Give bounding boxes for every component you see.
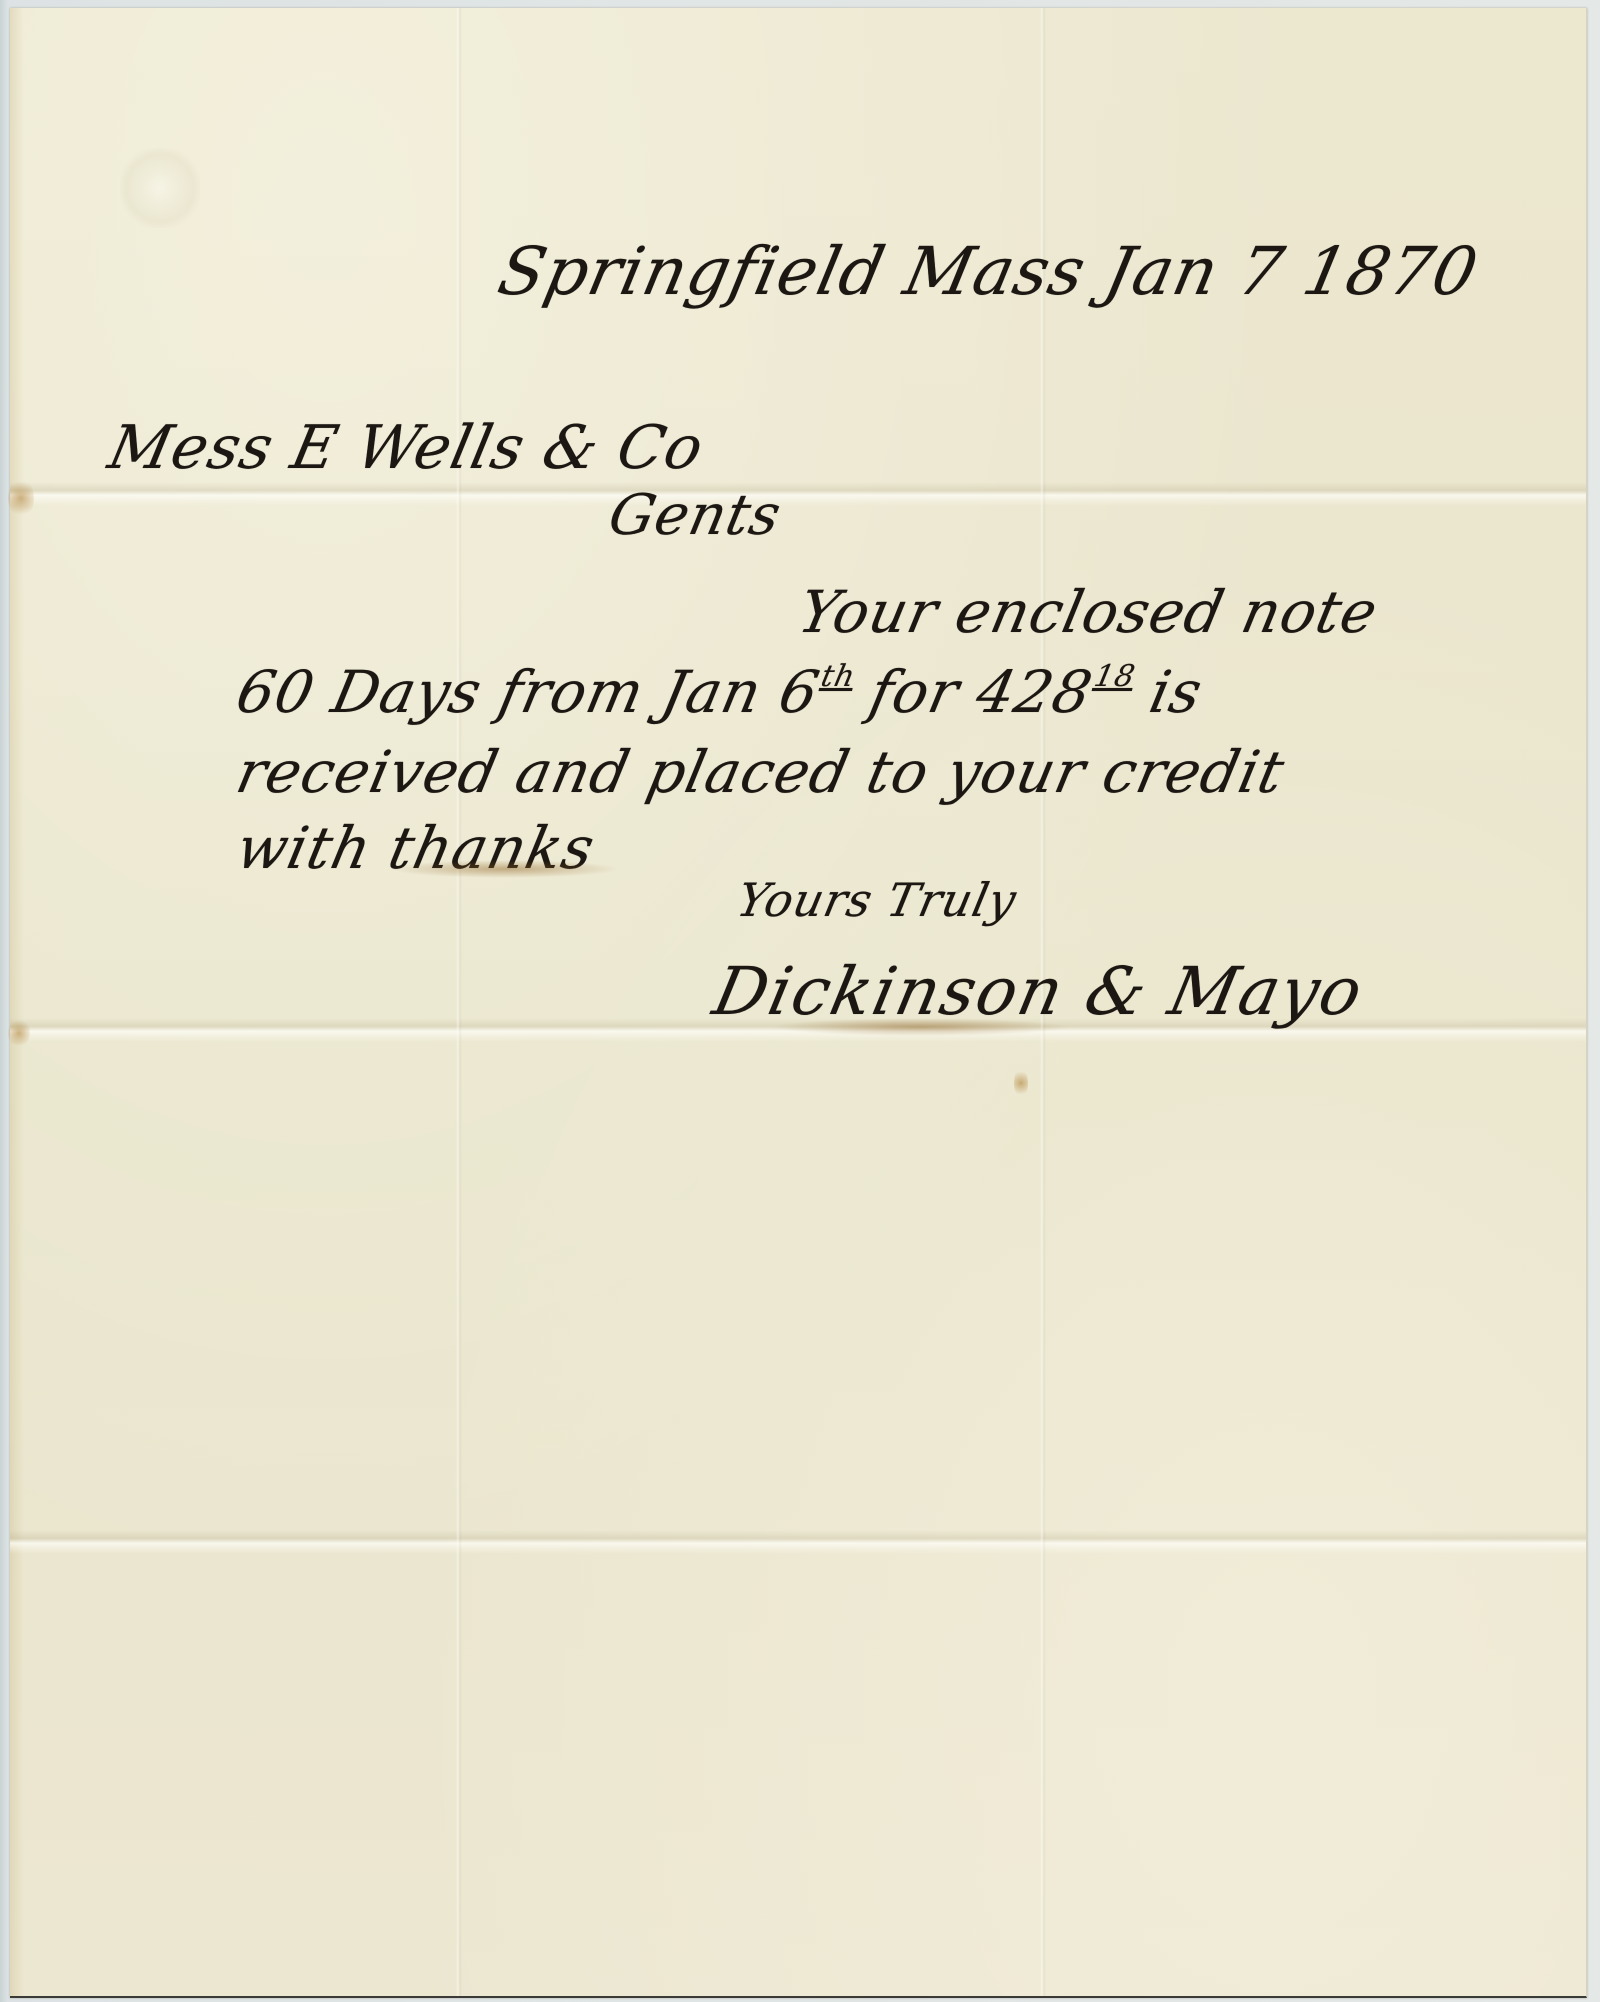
edge-stain: [8, 1018, 30, 1048]
body-text: is: [1124, 658, 1208, 726]
letter-body-line: received and placed to your credit: [231, 738, 1291, 806]
letter-dateline: Springfield Mass Jan 7 1870: [492, 233, 1485, 310]
ink-bleed: [770, 1018, 1070, 1036]
body-text: 60 Days from Jan 6: [231, 658, 826, 726]
paper-edge-shadow: [10, 8, 24, 1996]
letter-sheet: Springfield Mass Jan 7 1870 Mess E Wells…: [10, 8, 1587, 1998]
fold-crease: [456, 8, 462, 1996]
letter-body-line: Your enclosed note: [793, 578, 1384, 646]
embossed-stamp-mark: [120, 148, 200, 228]
ink-stain: [1014, 1068, 1028, 1098]
edge-stain: [8, 478, 34, 518]
fold-line: [10, 482, 1586, 506]
ink-bleed: [390, 860, 620, 878]
fold-line: [10, 1530, 1586, 1554]
letter-body-line: 60 Days from Jan 6th for 42818 is: [231, 658, 1209, 726]
letter-greeting: Gents: [603, 483, 787, 548]
letter-addressee: Mess E Wells & Co: [103, 413, 710, 483]
body-text: for 428: [845, 658, 1099, 726]
letter-valediction: Yours Truly: [732, 873, 1021, 927]
